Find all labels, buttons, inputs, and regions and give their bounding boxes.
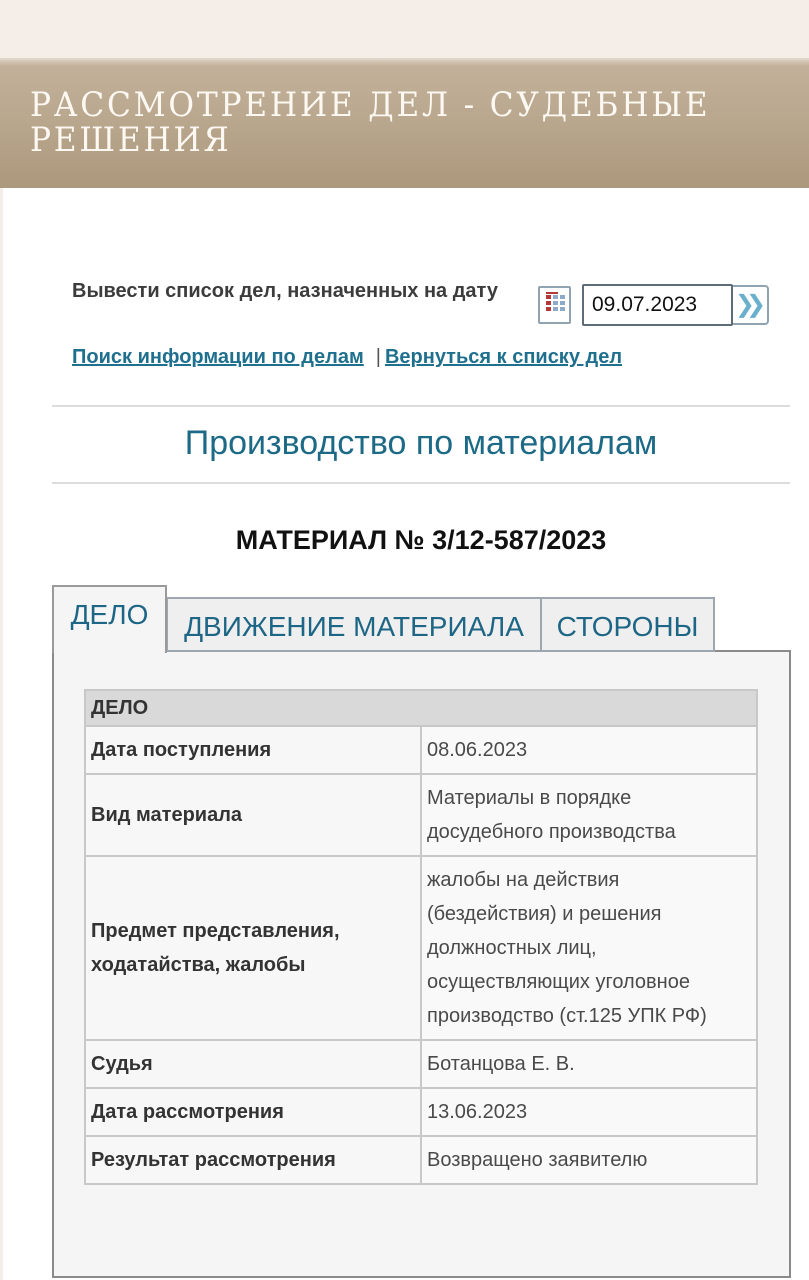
case-info-table: ДЕЛО Дата поступления 08.06.2023 Вид мат… bbox=[84, 689, 758, 1185]
row-value-review-result: Возвращено заявителю bbox=[421, 1136, 757, 1184]
row-key-receipt-date: Дата поступления bbox=[85, 726, 421, 774]
go-button[interactable]: ❯❯ bbox=[733, 285, 769, 325]
material-number-heading: МАТЕРИАЛ № 3/12-587/2023 bbox=[52, 520, 790, 560]
calendar-icon bbox=[546, 292, 558, 294]
table-header: ДЕЛО bbox=[85, 690, 757, 726]
table-row: Дата рассмотрения 13.06.2023 bbox=[85, 1088, 757, 1136]
page-title: РАССМОТРЕНИЕ ДЕЛ - СУДЕБНЫЕ РЕШЕНИЯ bbox=[30, 88, 710, 158]
page-left-edge bbox=[0, 188, 3, 1280]
row-key-review-date: Дата рассмотрения bbox=[85, 1088, 421, 1136]
page-banner: РАССМОТРЕНИЕ ДЕЛ - СУДЕБНЫЕ РЕШЕНИЯ bbox=[0, 58, 809, 188]
row-value-judge: Ботанцова Е. В. bbox=[421, 1040, 757, 1088]
top-strip bbox=[0, 0, 809, 58]
table-row: Дата поступления 08.06.2023 bbox=[85, 726, 757, 774]
table-row: Результат рассмотрения Возвращено заявит… bbox=[85, 1136, 757, 1184]
page-title-line1: РАССМОТРЕНИЕ ДЕЛ - СУДЕБНЫЕ bbox=[30, 88, 710, 123]
row-value-subject: жалобы на действия (бездействия) и решен… bbox=[421, 856, 757, 1040]
divider-bottom bbox=[52, 482, 790, 484]
divider-top bbox=[52, 405, 790, 407]
link-separator: | bbox=[376, 346, 381, 368]
search-cases-link[interactable]: Поиск информации по делам bbox=[72, 346, 364, 368]
date-filter-label: Вывести список дел, назначенных на дату bbox=[72, 274, 512, 308]
row-key-material-type: Вид материала bbox=[85, 774, 421, 856]
date-input[interactable] bbox=[582, 284, 733, 326]
page-title-line2: РЕШЕНИЯ bbox=[30, 123, 710, 158]
table-header-row: ДЕЛО bbox=[85, 690, 757, 726]
row-value-receipt-date: 08.06.2023 bbox=[421, 726, 757, 774]
row-key-review-result: Результат рассмотрения bbox=[85, 1136, 421, 1184]
row-value-material-type: Материалы в порядке досудебного производ… bbox=[421, 774, 757, 856]
nav-links: Поиск информации по делам|Вернуться к сп… bbox=[72, 342, 622, 372]
table-row: Вид материала Материалы в порядке досуде… bbox=[85, 774, 757, 856]
row-value-review-date: 13.06.2023 bbox=[421, 1088, 757, 1136]
tab-case[interactable]: ДЕЛО bbox=[52, 585, 167, 653]
table-row: Предмет представления, ходатайства, жало… bbox=[85, 856, 757, 1040]
double-chevron-right-icon: ❯❯ bbox=[735, 291, 757, 318]
back-to-list-link[interactable]: Вернуться к списку дел bbox=[385, 346, 622, 368]
table-row: Судья Ботанцова Е. В. bbox=[85, 1040, 757, 1088]
calendar-button[interactable] bbox=[538, 286, 571, 324]
tab-material-movement[interactable]: ДВИЖЕНИЕ МАТЕРИАЛА bbox=[166, 597, 542, 652]
section-title: Производство по материалам bbox=[52, 420, 790, 466]
row-key-subject: Предмет представления, ходатайства, жало… bbox=[85, 856, 421, 1040]
calendar-icon-grid bbox=[546, 295, 565, 311]
row-key-judge: Судья bbox=[85, 1040, 421, 1088]
tab-parties[interactable]: СТОРОНЫ bbox=[540, 597, 715, 652]
